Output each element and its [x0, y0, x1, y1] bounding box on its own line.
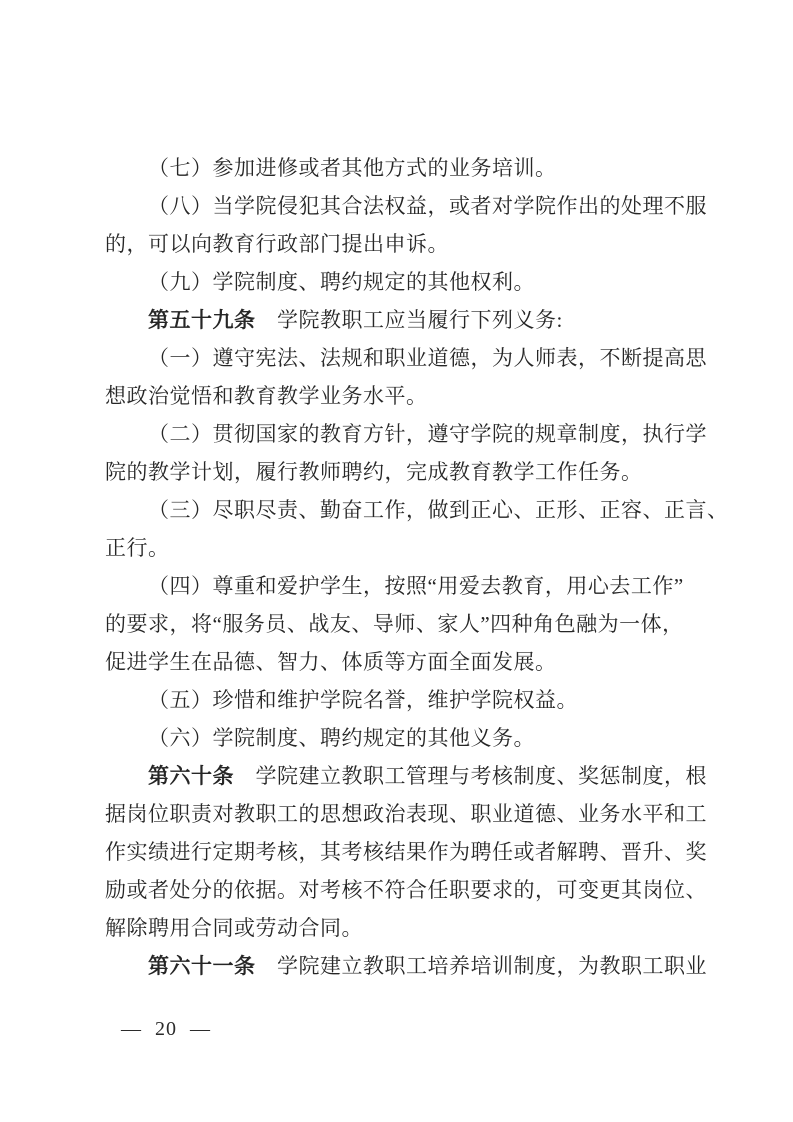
text-line: 正行。 [105, 529, 695, 567]
line-text: 想政治觉悟和教育教学业务水平。 [105, 384, 428, 408]
line-text: （五）珍惜和维护学院名誉，维护学院权益。 [148, 688, 578, 712]
line-text: 正行。 [105, 536, 170, 560]
text-line-article-59: 第五十九条 学院教职工应当履行下列义务: [105, 301, 695, 339]
text-line: （四）尊重和爱护学生，按照“用爱去教育，用心去工作” [105, 567, 695, 605]
line-text: 解除聘用合同或劳动合同。 [105, 916, 363, 940]
text-line: 作实绩进行定期考核，其考核结果作为聘任或者解聘、晋升、奖 [105, 833, 695, 871]
line-text: 学院建立教职工管理与考核制度、奖惩制度，根 [234, 764, 707, 788]
line-text: 学院建立教职工培养培训制度，为教职工职业 [256, 954, 708, 978]
line-text: （三）尽职尽责、勤奋工作，做到正心、正形、正容、正言、 [148, 498, 729, 522]
clause-number: 第六十一条 [148, 954, 256, 978]
text-line: （一）遵守宪法、法规和职业道德，为人师表，不断提高思 [105, 339, 695, 377]
line-text: （二）贯彻国家的教育方针，遵守学院的规章制度，执行学 [148, 422, 707, 446]
line-text: （八）当学院侵犯其合法权益，或者对学院作出的处理不服 [148, 194, 707, 218]
page-number: — 20 — [121, 1014, 211, 1044]
clause-number: 第五十九条 [148, 308, 256, 332]
line-text: 促进学生在品德、智力、体质等方面全面发展。 [105, 650, 557, 674]
text-line: （六）学院制度、聘约规定的其他义务。 [105, 719, 695, 757]
line-text: （七）参加进修或者其他方式的业务培训。 [148, 156, 557, 180]
text-line: （八）当学院侵犯其合法权益，或者对学院作出的处理不服 [105, 187, 695, 225]
text-line: （五）珍惜和维护学院名誉，维护学院权益。 [105, 681, 695, 719]
text-line: 励或者处分的依据。对考核不符合任职要求的，可变更其岗位、 [105, 871, 695, 909]
document-body: （七）参加进修或者其他方式的业务培训。 （八）当学院侵犯其合法权益，或者对学院作… [105, 149, 695, 985]
text-line-article-61: 第六十一条 学院建立教职工培养培训制度，为教职工职业 [105, 947, 695, 985]
line-text: 的要求，将“服务员、战友、导师、家人”四种角色融为一体， [105, 612, 684, 636]
line-text: 院的教学计划，履行教师聘约，完成教育教学工作任务。 [105, 460, 643, 484]
text-line: 的，可以向教育行政部门提出申诉。 [105, 225, 695, 263]
text-line: （二）贯彻国家的教育方针，遵守学院的规章制度，执行学 [105, 415, 695, 453]
text-line: 想政治觉悟和教育教学业务水平。 [105, 377, 695, 415]
line-text: 励或者处分的依据。对考核不符合任职要求的，可变更其岗位、 [105, 878, 707, 902]
clause-number: 第六十条 [148, 764, 234, 788]
text-line: 据岗位职责对教职工的思想政治表现、职业道德、业务水平和工 [105, 795, 695, 833]
line-text: （六）学院制度、聘约规定的其他义务。 [148, 726, 535, 750]
text-line-article-60: 第六十条 学院建立教职工管理与考核制度、奖惩制度，根 [105, 757, 695, 795]
text-line: （三）尽职尽责、勤奋工作，做到正心、正形、正容、正言、 [105, 491, 695, 529]
line-text: 据岗位职责对教职工的思想政治表现、职业道德、业务水平和工 [105, 802, 707, 826]
text-line: （九）学院制度、聘约规定的其他权利。 [105, 263, 695, 301]
document-page: （七）参加进修或者其他方式的业务培训。 （八）当学院侵犯其合法权益，或者对学院作… [0, 0, 793, 1122]
text-line: （七）参加进修或者其他方式的业务培训。 [105, 149, 695, 187]
line-text: 作实绩进行定期考核，其考核结果作为聘任或者解聘、晋升、奖 [105, 840, 707, 864]
text-line: 院的教学计划，履行教师聘约，完成教育教学工作任务。 [105, 453, 695, 491]
line-text: （四）尊重和爱护学生，按照“用爱去教育，用心去工作” [148, 574, 684, 598]
line-text: 学院教职工应当履行下列义务: [256, 308, 563, 332]
line-text: （一）遵守宪法、法规和职业道德，为人师表，不断提高思 [148, 346, 707, 370]
text-line: 的要求，将“服务员、战友、导师、家人”四种角色融为一体， [105, 605, 695, 643]
text-line: 解除聘用合同或劳动合同。 [105, 909, 695, 947]
line-text: （九）学院制度、聘约规定的其他权利。 [148, 270, 535, 294]
text-line: 促进学生在品德、智力、体质等方面全面发展。 [105, 643, 695, 681]
line-text: 的，可以向教育行政部门提出申诉。 [105, 232, 449, 256]
